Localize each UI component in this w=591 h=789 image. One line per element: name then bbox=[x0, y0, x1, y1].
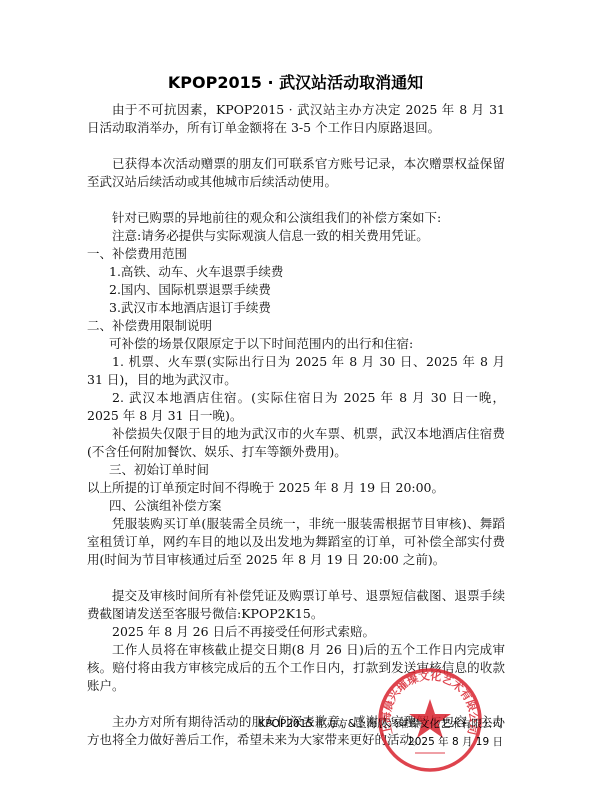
section-1-item: 1.高铁、动车、火车退票手续费 bbox=[87, 263, 505, 281]
document-body: 由于不可抗因素，KPOP2015 · 武汉站主办方决定 2025 年 8 月 3… bbox=[87, 101, 505, 749]
section-2-heading: 二、补偿费用限制说明 bbox=[87, 317, 505, 335]
gift-ticket-paragraph: 已获得本次活动赠票的朋友们可联系官方账号记录，本次赠票权益保留至武汉站后续活动或… bbox=[87, 155, 505, 191]
section-2-item: 1. 机票、火车票(实际出行日为 2025 年 8 月 30 日、2025 年 … bbox=[87, 353, 505, 389]
section-4-text: 凭服装购买订单(服装需全员统一，非统一服装需根据节目审核)、舞蹈室租赁订单，网约… bbox=[87, 515, 505, 569]
notice-page: KPOP2015 · 武汉站活动取消通知 由于不可抗因素，KPOP2015 · … bbox=[0, 0, 591, 789]
section-4-heading: 四、公演组补偿方案 bbox=[87, 497, 505, 515]
section-2-lead: 可补偿的场景仅限原定于以下时间范围内的出行和住宿: bbox=[87, 335, 505, 353]
notice-text: 注意:请务必提供与实际观演人信息一致的相关费用凭证。 bbox=[87, 227, 505, 245]
section-1-heading: 一、补偿费用范围 bbox=[87, 245, 505, 263]
section-3-text: 以上所提的订单预定时间不得晚于 2025 年 8 月 19 日 20:00。 bbox=[87, 479, 505, 497]
section-1-item: 2.国内、国际机票退票手续费 bbox=[87, 281, 505, 299]
section-2-note: 补偿损失仅限于目的地为武汉市的火车票、机票，武汉本地酒店住宿费(不含任何附加餐饮… bbox=[87, 425, 505, 461]
document-title: KPOP2015 · 武汉站活动取消通知 bbox=[0, 70, 591, 93]
compensation-intro: 针对已购票的异地前往的观众和公演组我们的补偿方案如下: bbox=[87, 209, 505, 227]
section-3-heading: 三、初始订单时间 bbox=[87, 461, 505, 479]
submission-text: 提交及审核时间所有补偿凭证及购票订单号、退票短信截图、退票手续费截图请发送至客服… bbox=[87, 587, 505, 623]
signature-organizer: KPOP2015 主办方&上海晨兴璀璨文化艺术有限公司 bbox=[0, 716, 503, 731]
intro-paragraph: 由于不可抗因素，KPOP2015 · 武汉站主办方决定 2025 年 8 月 3… bbox=[87, 101, 505, 137]
section-2-item: 2. 武汉本地酒店住宿。(实际住宿日为 2025 年 8 月 30 日一晚，20… bbox=[87, 389, 505, 425]
submission-deadline: 2025 年 8 月 26 日后不再接受任何形式索赔。 bbox=[87, 623, 505, 641]
signature-date: 2025 年 8 月 19 日 bbox=[0, 734, 503, 749]
section-1-item: 3.武汉市本地酒店退订手续费 bbox=[87, 299, 505, 317]
